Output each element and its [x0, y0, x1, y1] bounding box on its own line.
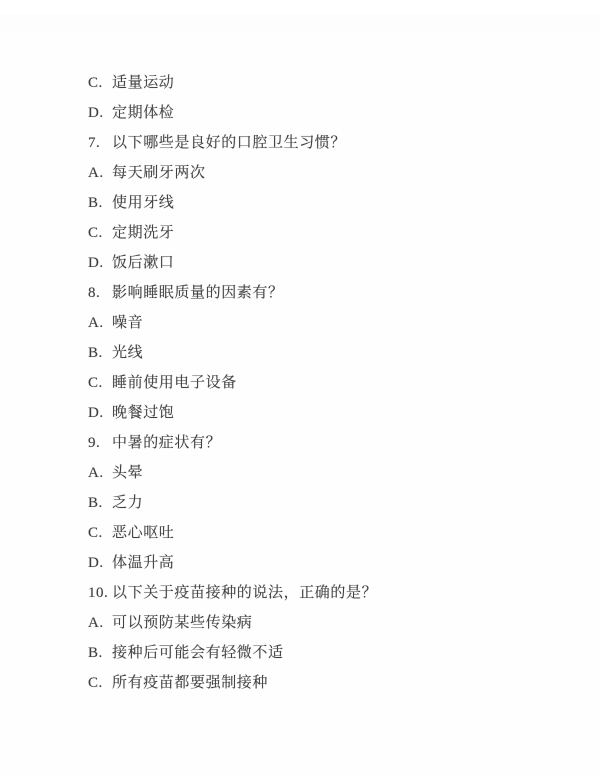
- line-text: 体温升高: [112, 555, 174, 571]
- document-line: D.饭后漱口: [88, 248, 560, 278]
- document-line: A.头晕: [88, 458, 560, 488]
- document-line: 9.中暑的症状有？: [88, 428, 560, 458]
- line-prefix: 10.: [88, 578, 112, 608]
- line-prefix: B.: [88, 188, 112, 218]
- line-text: 睡前使用电子设备: [112, 375, 237, 391]
- line-text: 定期洗牙: [112, 225, 174, 241]
- line-prefix: B.: [88, 638, 112, 668]
- line-text: 定期体检: [112, 105, 174, 121]
- document-line: B.乏力: [88, 488, 560, 518]
- document-line: D.晚餐过饱: [88, 398, 560, 428]
- document-page: C.适量运动 D.定期体检 7.以下哪些是良好的口腔卫生习惯？ A.每天刷牙两次…: [0, 0, 600, 776]
- line-text: 头晕: [112, 465, 143, 481]
- document-line: D.定期体检: [88, 98, 560, 128]
- line-text: 以下关于疫苗接种的说法，正确的是？: [112, 585, 377, 601]
- page-content: C.适量运动 D.定期体检 7.以下哪些是良好的口腔卫生习惯？ A.每天刷牙两次…: [88, 68, 560, 698]
- line-text: 适量运动: [112, 75, 174, 91]
- document-line: A.每天刷牙两次: [88, 158, 560, 188]
- document-line: C.适量运动: [88, 68, 560, 98]
- line-text: 晚餐过饱: [112, 405, 174, 421]
- document-line: A.可以预防某些传染病: [88, 608, 560, 638]
- line-text: 接种后可能会有轻微不适: [112, 645, 284, 661]
- line-prefix: C.: [88, 368, 112, 398]
- line-text: 噪音: [112, 315, 143, 331]
- line-text: 光线: [112, 345, 143, 361]
- document-line: B.使用牙线: [88, 188, 560, 218]
- document-line: C.恶心呕吐: [88, 518, 560, 548]
- document-line: 7.以下哪些是良好的口腔卫生习惯？: [88, 128, 560, 158]
- line-prefix: 8.: [88, 278, 112, 308]
- document-line: D.体温升高: [88, 548, 560, 578]
- line-text: 以下哪些是良好的口腔卫生习惯？: [112, 135, 346, 151]
- line-prefix: B.: [88, 338, 112, 368]
- line-prefix: A.: [88, 608, 112, 638]
- line-prefix: D.: [88, 98, 112, 128]
- line-prefix: B.: [88, 488, 112, 518]
- line-text: 使用牙线: [112, 195, 174, 211]
- line-prefix: C.: [88, 518, 112, 548]
- line-prefix: 7.: [88, 128, 112, 158]
- line-prefix: D.: [88, 248, 112, 278]
- line-text: 中暑的症状有？: [112, 435, 221, 451]
- document-line: B.接种后可能会有轻微不适: [88, 638, 560, 668]
- document-line: C.睡前使用电子设备: [88, 368, 560, 398]
- line-text: 乏力: [112, 495, 143, 511]
- line-prefix: A.: [88, 458, 112, 488]
- line-text: 恶心呕吐: [112, 525, 174, 541]
- document-line: C.定期洗牙: [88, 218, 560, 248]
- line-prefix: D.: [88, 398, 112, 428]
- line-prefix: C.: [88, 668, 112, 698]
- line-prefix: A.: [88, 308, 112, 338]
- line-prefix: 9.: [88, 428, 112, 458]
- line-text: 可以预防某些传染病: [112, 615, 252, 631]
- line-prefix: A.: [88, 158, 112, 188]
- line-text: 所有疫苗都要强制接种: [112, 675, 268, 691]
- line-prefix: D.: [88, 548, 112, 578]
- line-prefix: C.: [88, 218, 112, 248]
- document-line: 10.以下关于疫苗接种的说法，正确的是？: [88, 578, 560, 608]
- document-line: C.所有疫苗都要强制接种: [88, 668, 560, 698]
- line-text: 饭后漱口: [112, 255, 174, 271]
- document-line: 8.影响睡眠质量的因素有？: [88, 278, 560, 308]
- line-text: 每天刷牙两次: [112, 165, 206, 181]
- document-line: B.光线: [88, 338, 560, 368]
- line-text: 影响睡眠质量的因素有？: [112, 285, 284, 301]
- document-line: A.噪音: [88, 308, 560, 338]
- line-prefix: C.: [88, 68, 112, 98]
